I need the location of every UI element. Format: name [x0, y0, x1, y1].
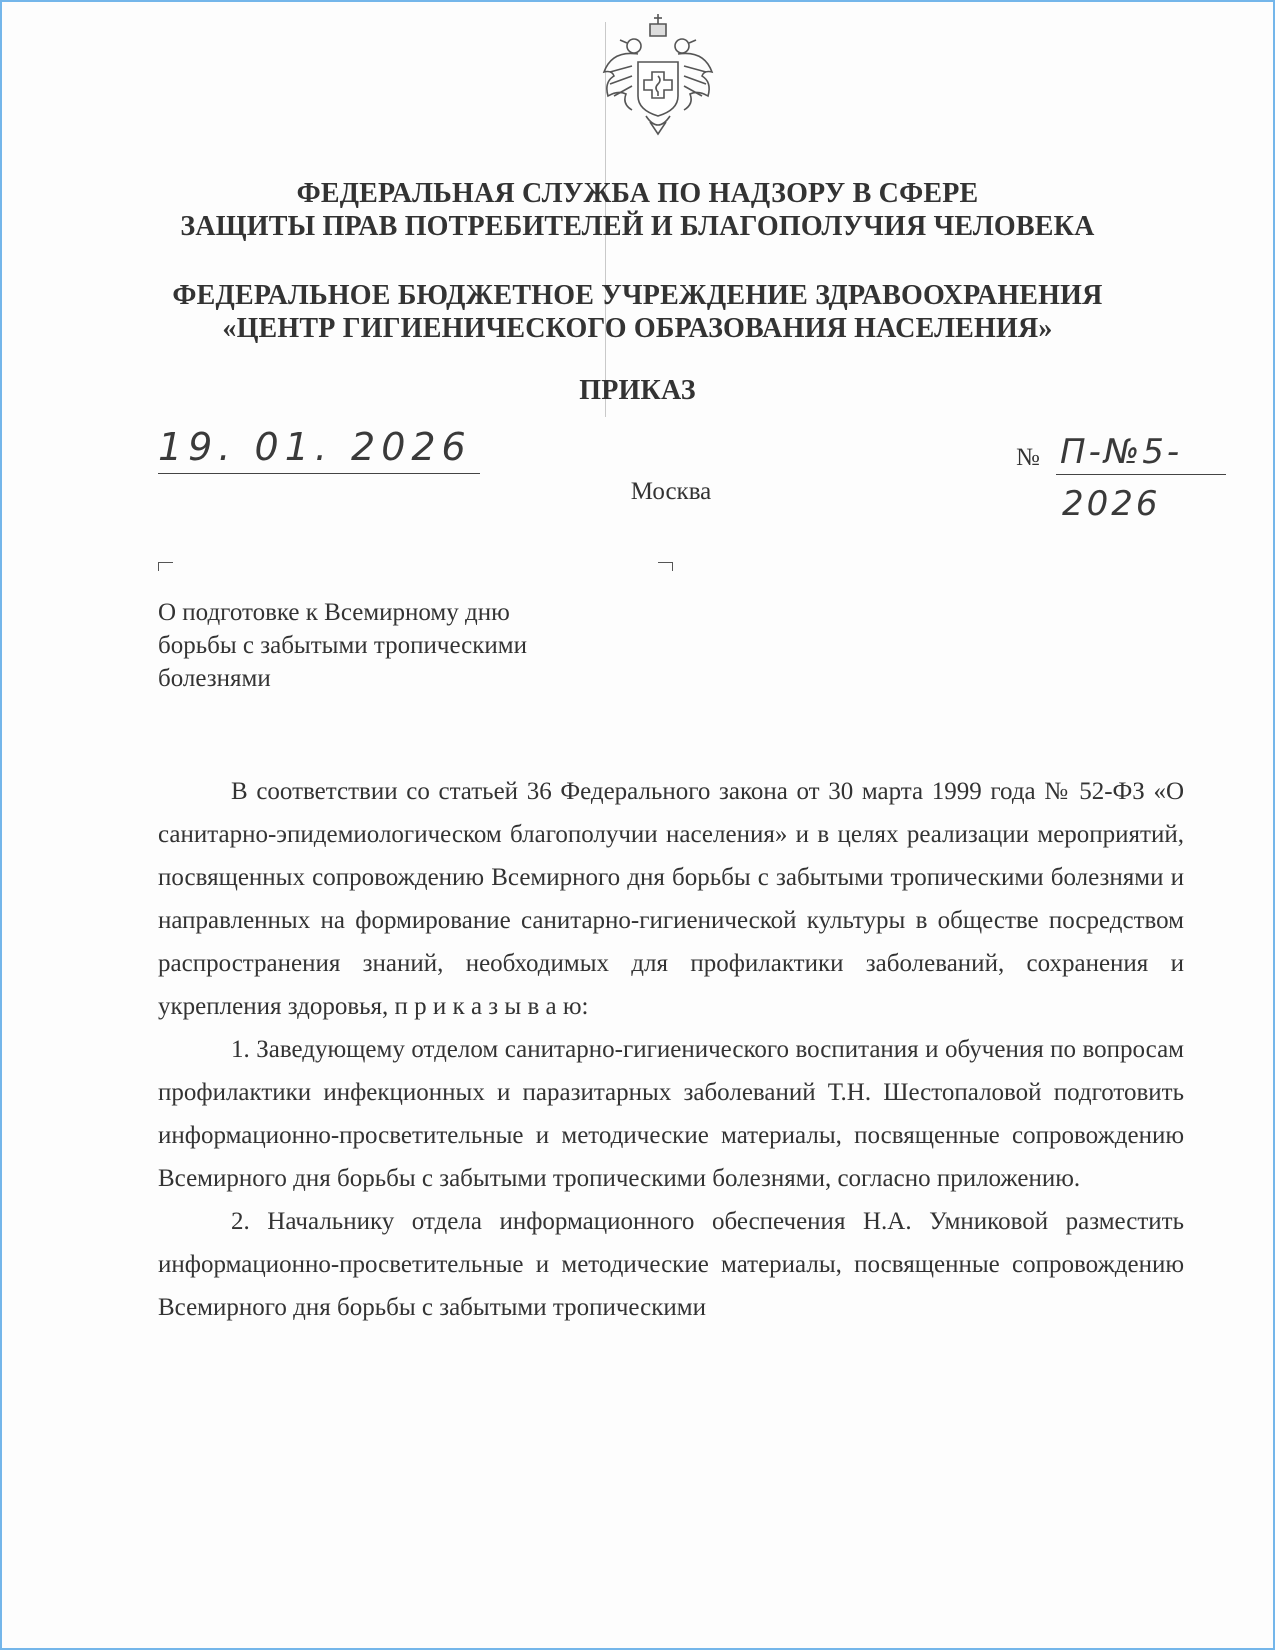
order-date-handwritten: 19. 01. 2026 — [158, 425, 472, 469]
order-number-line-1: П-№5- — [1056, 432, 1226, 475]
subject-corner-mark-left — [158, 562, 173, 571]
agency-heading: ФЕДЕРАЛЬНАЯ СЛУЖБА ПО НАДЗОРУ В СФЕРЕ ЗА… — [2, 177, 1273, 243]
order-item-2: 2. Начальнику отдела информационного обе… — [158, 1200, 1184, 1329]
agency-line-1: ФЕДЕРАЛЬНАЯ СЛУЖБА ПО НАДЗОРУ В СФЕРЕ — [2, 177, 1273, 210]
preamble-paragraph: В соответствии со статьей 36 Федеральног… — [158, 770, 1184, 1028]
number-sign: № — [1016, 444, 1040, 472]
subject-line-3: болезнями — [158, 662, 678, 695]
document-page: ФЕДЕРАЛЬНАЯ СЛУЖБА ПО НАДЗОРУ В СФЕРЕ ЗА… — [0, 0, 1275, 1650]
document-type-title: ПРИКАЗ — [2, 374, 1273, 407]
order-number-field: № П-№5- 2026 — [1016, 432, 1226, 532]
subject-line-2: борьбы с забытыми тропическими — [158, 629, 678, 662]
order-subject: О подготовке к Всемирному дню борьбы с з… — [158, 596, 678, 695]
order-item-1: 1. Заведующему отделом санитарно-гигиени… — [158, 1028, 1184, 1200]
institution-heading: ФЕДЕРАЛЬНОЕ БЮДЖЕТНОЕ УЧРЕЖДЕНИЕ ЗДРАВОО… — [2, 279, 1273, 345]
institution-line-1: ФЕДЕРАЛЬНОЕ БЮДЖЕТНОЕ УЧРЕЖДЕНИЕ ЗДРАВОО… — [2, 279, 1273, 312]
subject-line-1: О подготовке к Всемирному дню — [158, 596, 678, 629]
agency-line-2: ЗАЩИТЫ ПРАВ ПОТРЕБИТЕЛЕЙ И БЛАГОПОЛУЧИЯ … — [2, 210, 1273, 243]
subject-corner-mark-right — [658, 562, 673, 571]
order-number-handwritten-2: 2026 — [1062, 484, 1161, 524]
order-number-line-2: 2026 — [1062, 484, 1161, 524]
order-body: В соответствии со статьей 36 Федеральног… — [158, 770, 1184, 1329]
coat-of-arms-icon — [598, 10, 718, 140]
institution-line-2: «ЦЕНТР ГИГИЕНИЧЕСКОГО ОБРАЗОВАНИЯ НАСЕЛЕ… — [2, 312, 1273, 345]
order-number-handwritten-1: П-№5- — [1060, 432, 1182, 472]
order-date-field: 19. 01. 2026 — [158, 425, 480, 474]
